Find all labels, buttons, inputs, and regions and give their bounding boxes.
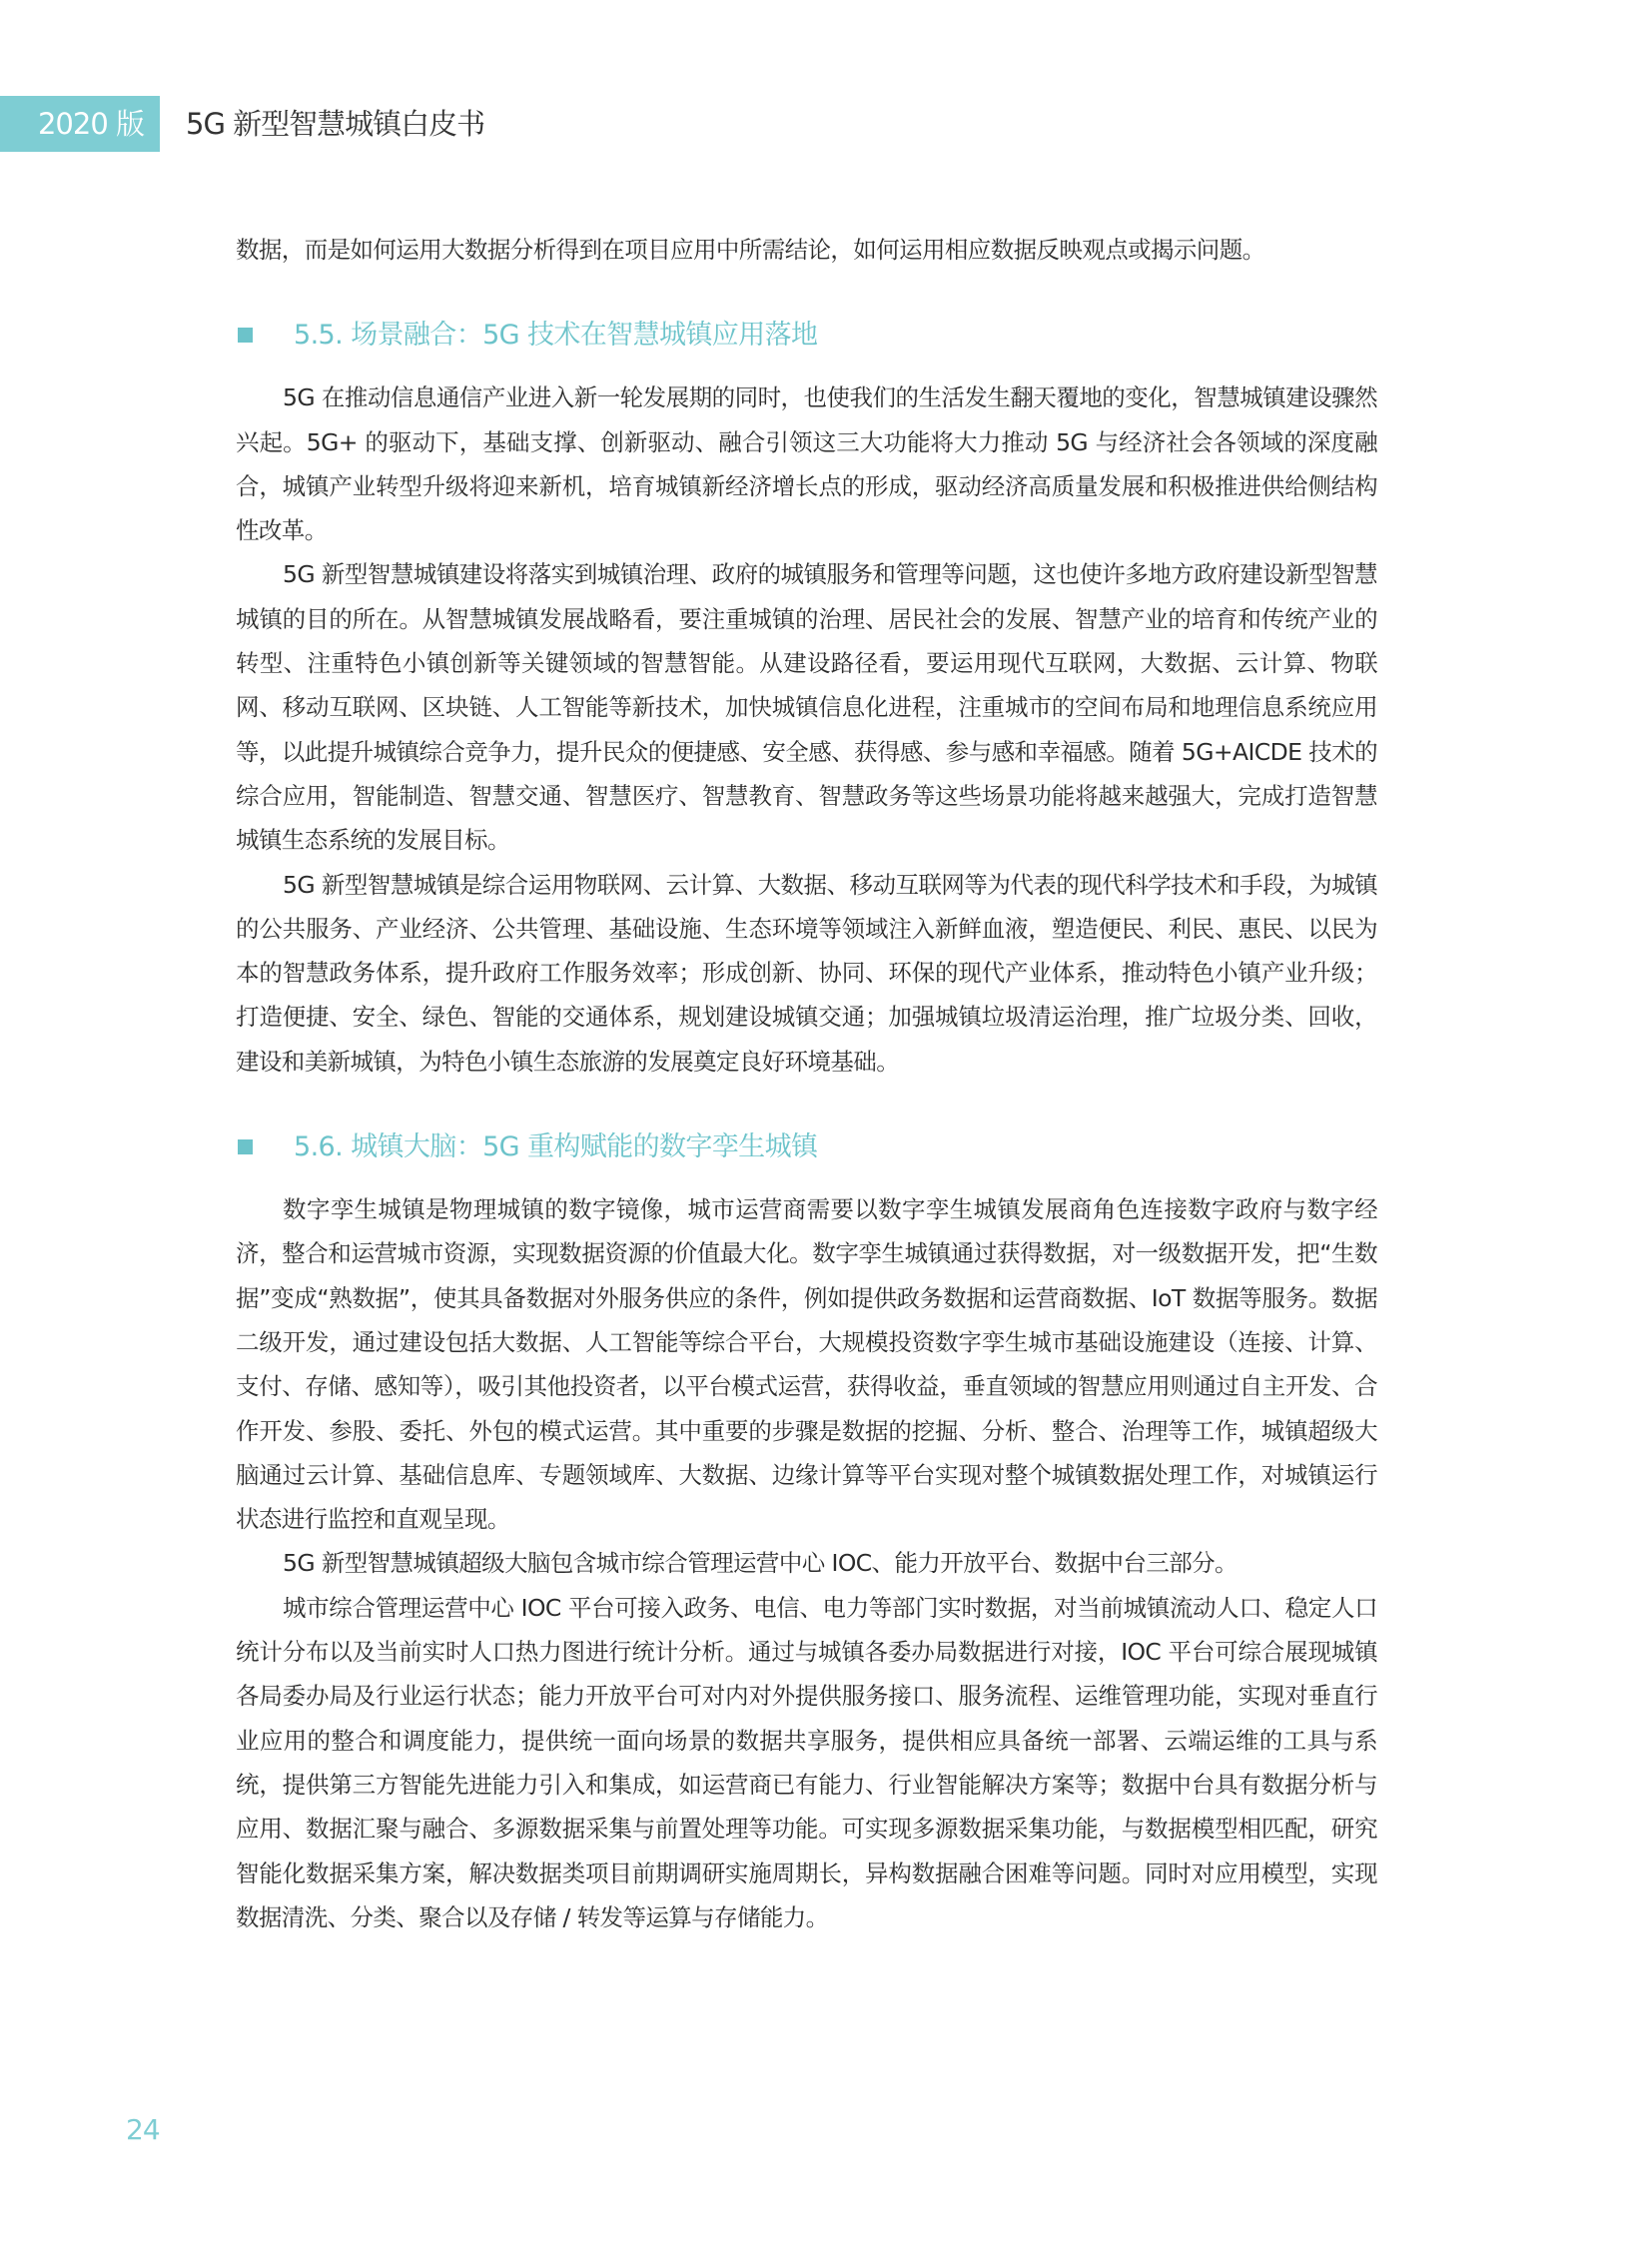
edition-badge: 2020 版 <box>0 96 160 152</box>
paragraph: 5G 新型智慧城镇建设将落实到城镇治理、政府的城镇服务和管理等问题，这也使许多地… <box>236 552 1377 862</box>
page-content: 数据，而是如何运用大数据分析得到在项目应用中所需结论，如何运用相应数据反映观点或… <box>236 228 1377 1939</box>
square-bullet-icon <box>238 328 253 343</box>
paragraph: 数字孪生城镇是物理城镇的数字镜像，城市运营商需要以数字孪生城镇发展商角色连接数字… <box>236 1187 1377 1541</box>
paragraph: 5G 在推动信息通信产业进入新一轮发展期的同时，也使我们的生活发生翻天覆地的变化… <box>236 375 1377 552</box>
section-heading-5-6: 5.6. 城镇大脑：5G 重构赋能的数字孪生城镇 <box>236 1125 1377 1169</box>
section-title: 5.5. 场景融合：5G 技术在智慧城镇应用落地 <box>294 320 817 351</box>
page-header: 2020 版 5G 新型智慧城镇白皮书 <box>0 96 1652 152</box>
paragraph: 5G 新型智慧城镇是综合运用物联网、云计算、大数据、移动互联网等为代表的现代科学… <box>236 863 1377 1084</box>
page-number: 24 <box>126 2113 160 2146</box>
paragraph: 5G 新型智慧城镇超级大脑包含城市综合管理运营中心 IOC、能力开放平台、数据中… <box>236 1541 1377 1585</box>
section-heading-5-5: 5.5. 场景融合：5G 技术在智慧城镇应用落地 <box>236 314 1377 358</box>
section-title: 5.6. 城镇大脑：5G 重构赋能的数字孪生城镇 <box>294 1131 817 1162</box>
paragraph-continuation: 数据，而是如何运用大数据分析得到在项目应用中所需结论，如何运用相应数据反映观点或… <box>236 228 1377 272</box>
square-bullet-icon <box>238 1139 253 1154</box>
document-title: 5G 新型智慧城镇白皮书 <box>186 96 484 152</box>
paragraph: 城市综合管理运营中心 IOC 平台可接入政务、电信、电力等部门实时数据，对当前城… <box>236 1586 1377 1939</box>
